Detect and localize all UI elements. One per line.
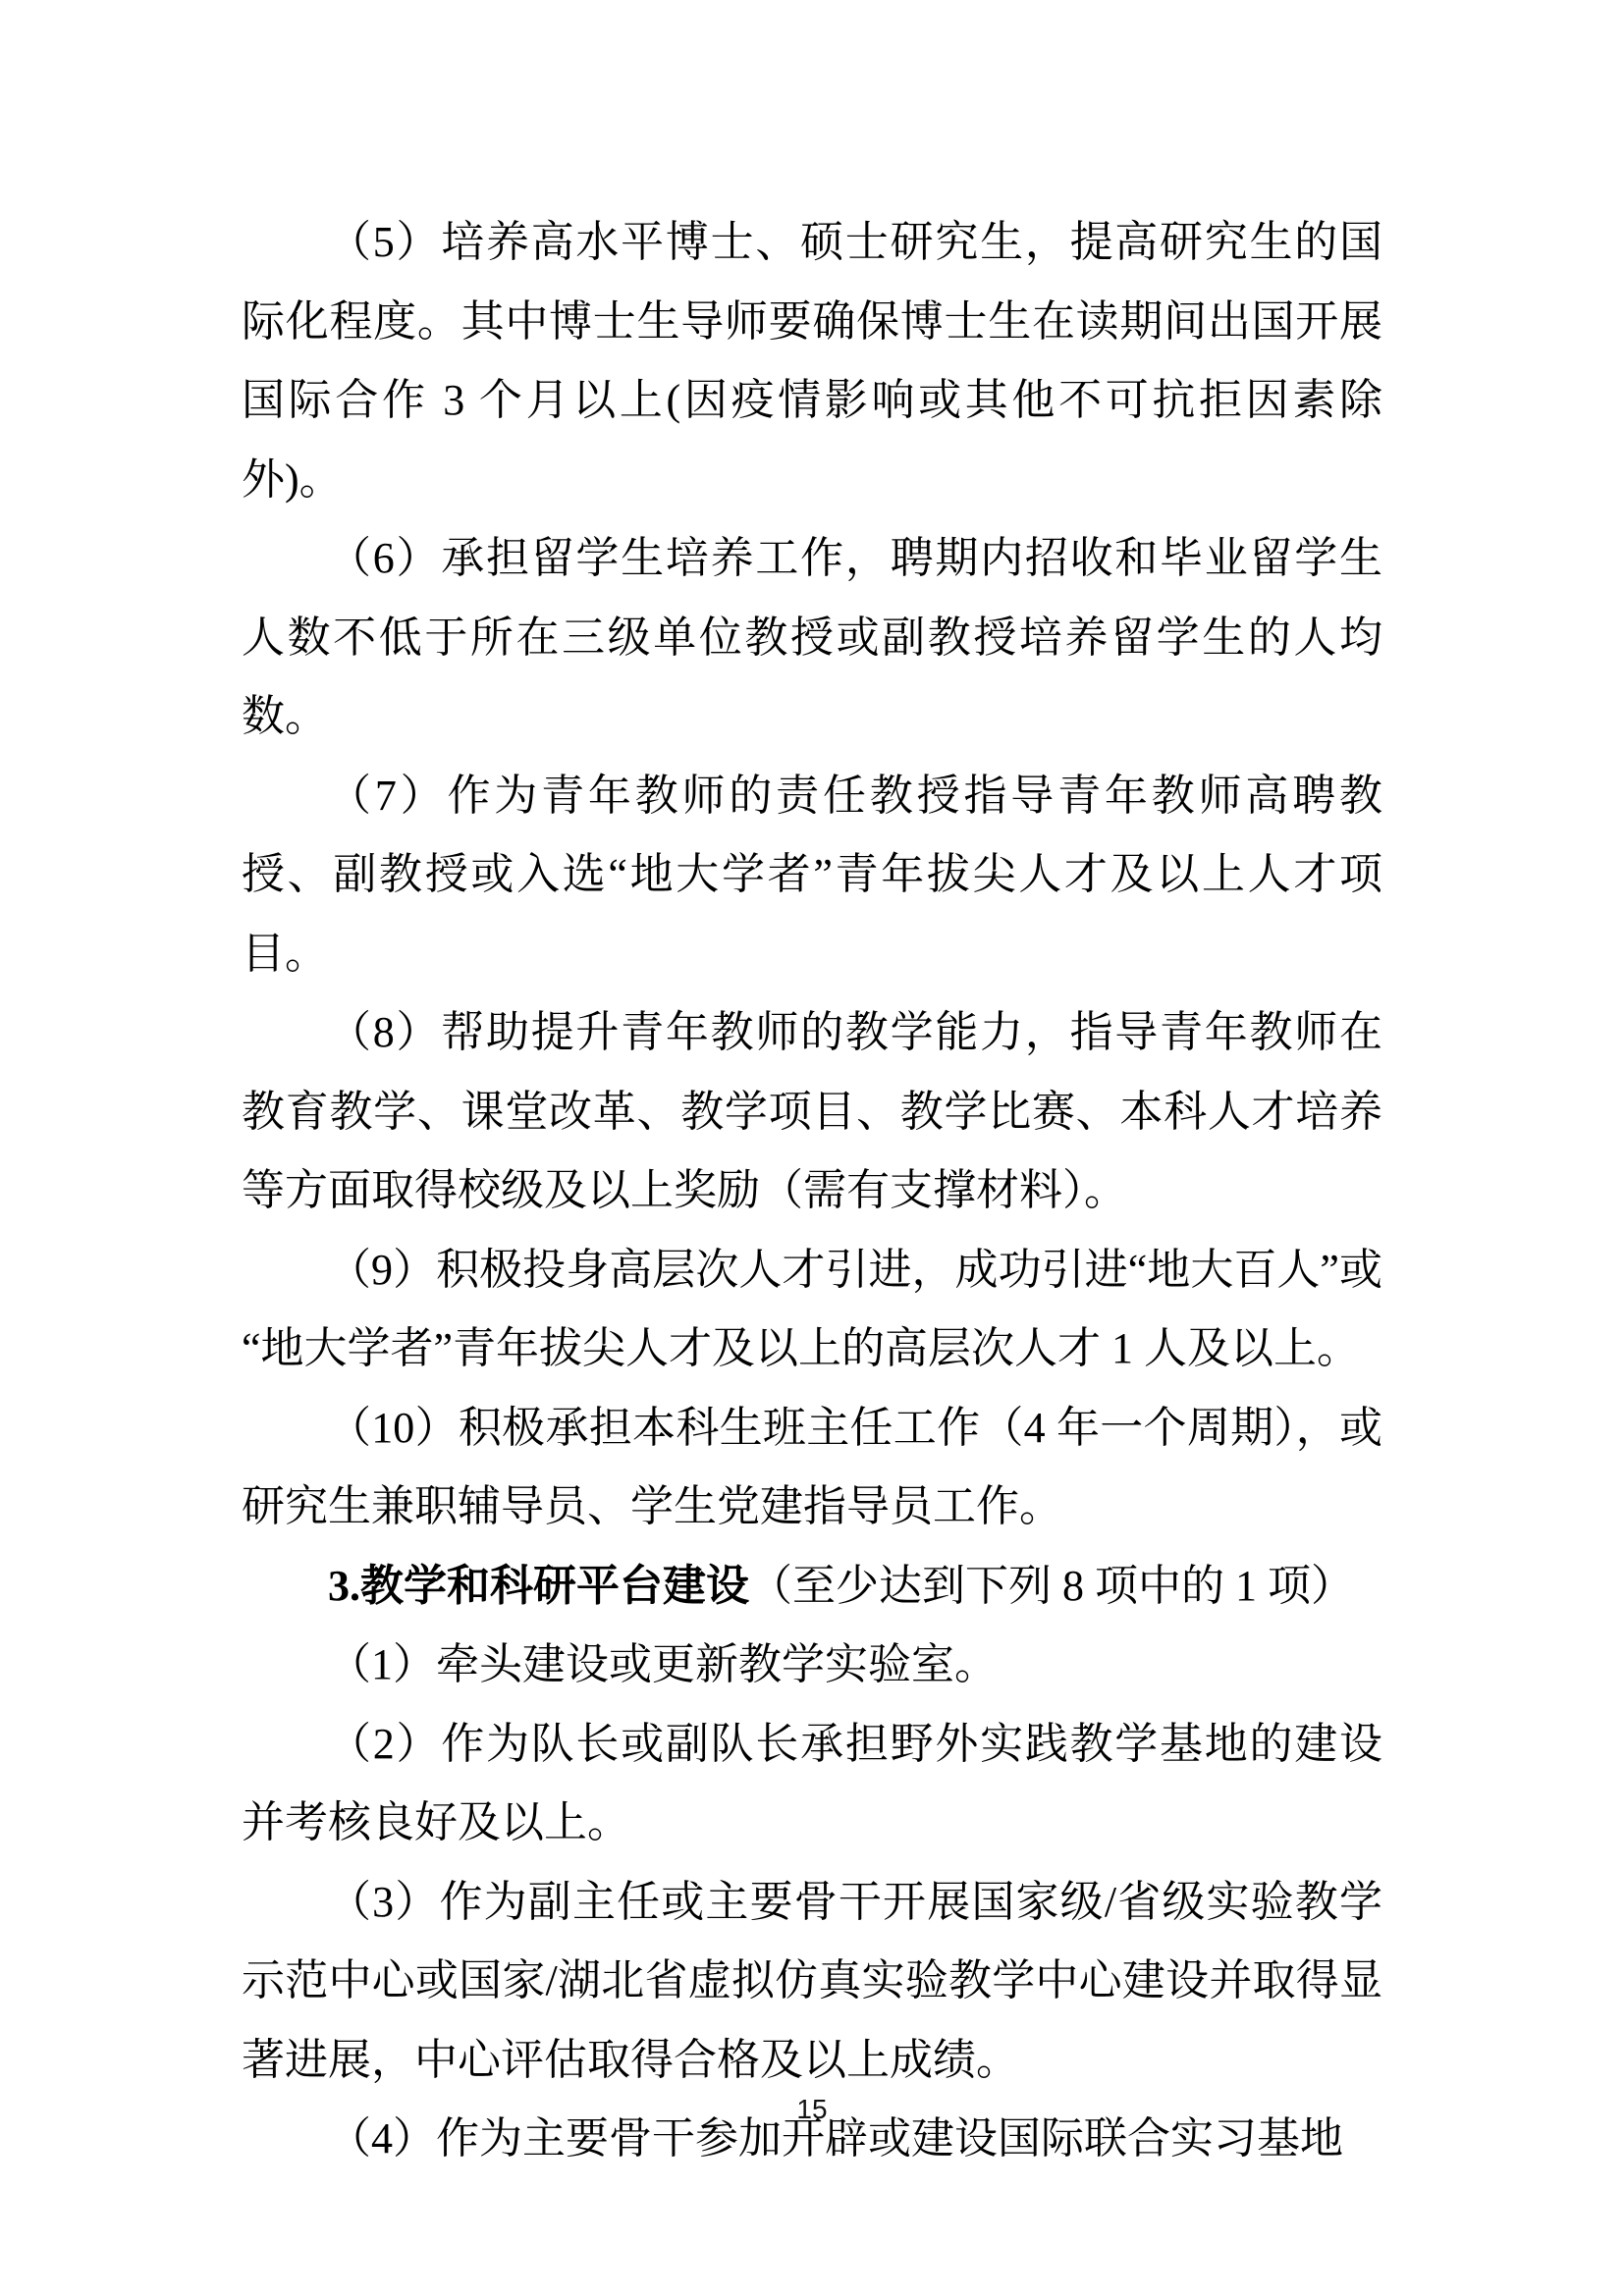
document-page: （5）培养高水平博士、硕士研究生，提高研究生的国际化程度。其中博士生导师要确保博… bbox=[0, 0, 1624, 2296]
paragraph-item-3: （3）作为副主任或主要骨干开展国家级/省级实验教学示范中心或国家/湖北省虚拟仿真… bbox=[242, 1863, 1382, 2101]
page-number: 15 bbox=[0, 2095, 1624, 2124]
paragraph-item-7: （7）作为青年教师的责任教授指导青年教师高聘教授、副教授或入选“地大学者”青年拔… bbox=[242, 757, 1382, 994]
paragraph-item-10: （10）积极承担本科生班主任工作（4 年一个周期），或研究生兼职辅导员、学生党建… bbox=[242, 1389, 1382, 1547]
paragraph-item-8: （8）帮助提升青年教师的教学能力，指导青年教师在教育教学、课堂改革、教学项目、教… bbox=[242, 993, 1382, 1231]
paragraph-item-5: （5）培养高水平博士、硕士研究生，提高研究生的国际化程度。其中博士生导师要确保博… bbox=[242, 203, 1382, 519]
paragraph-item-9: （9）积极投身高层次人才引进，成功引进“地大百人”或“地大学者”青年拔尖人才及以… bbox=[242, 1231, 1382, 1389]
paragraph-item-2: （2）作为队长或副队长承担野外实践教学基地的建设并考核良好及以上。 bbox=[242, 1705, 1382, 1863]
paragraph-item-6: （6）承担留学生培养工作，聘期内招收和毕业留学生人数不低于所在三级单位教授或副教… bbox=[242, 519, 1382, 757]
section-heading: 3.教学和科研平台建设（至少达到下列 8 项中的 1 项） bbox=[242, 1547, 1382, 1627]
document-body: （5）培养高水平博士、硕士研究生，提高研究生的国际化程度。其中博士生导师要确保博… bbox=[242, 203, 1382, 2179]
section-heading-condition: （至少达到下列 8 项中的 1 项） bbox=[749, 1562, 1354, 1610]
section-heading-title: 3.教学和科研平台建设 bbox=[328, 1562, 749, 1610]
paragraph-item-1: （1）牵头建设或更新教学实验室。 bbox=[242, 1626, 1382, 1705]
